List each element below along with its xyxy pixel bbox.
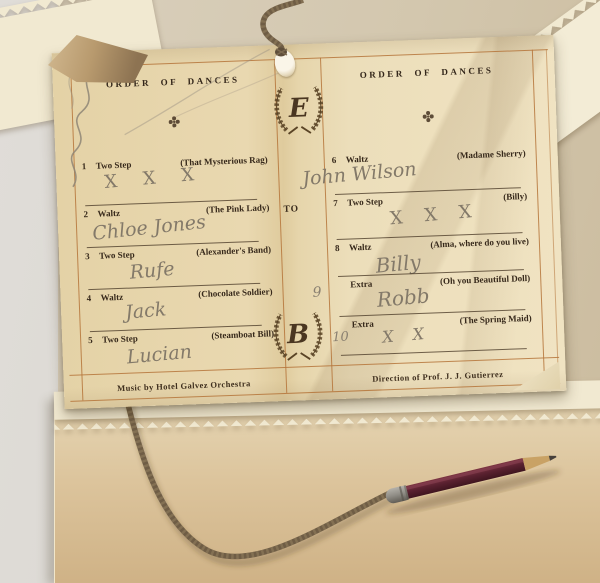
pencil-margin-note: 9 <box>312 285 322 301</box>
entry-number: 2 <box>83 209 97 220</box>
floral-ornament-icon <box>421 109 436 124</box>
entry-number: 8 <box>335 243 349 254</box>
entry-song-title: (Alexander's Band) <box>196 244 271 257</box>
to-label: TO <box>283 204 299 215</box>
entry-dance-name: Waltz <box>97 208 120 219</box>
entry-song-title: (Alma, where do you live) <box>430 236 529 250</box>
handwritten-name: Rufe <box>129 258 176 284</box>
card-right-page: ORDER OF DANCES 6 Waltz (Madame Sherry) … <box>320 50 543 366</box>
entry-number: 4 <box>86 293 100 304</box>
entry-dance-name: Two Step <box>347 196 383 207</box>
entry-number: 3 <box>85 251 99 262</box>
entry-song-title: (The Spring Maid) <box>460 313 532 326</box>
handwritten-name: Jack <box>124 298 167 324</box>
entry-dance-name: Two Step <box>102 333 138 344</box>
dance-entry: 1 Two Step (That Mysterious Rag) X X X <box>74 154 279 203</box>
entry-song-title: (Oh you Beautiful Doll) <box>440 273 531 286</box>
handwritten-name: Robb <box>376 283 431 312</box>
entry-number: 1 <box>82 161 96 172</box>
entry-number <box>336 288 350 289</box>
handwritten-name: John Wilson <box>302 158 418 190</box>
pencil-margin-note: 10 <box>332 330 349 346</box>
card-left-page: ORDER OF DANCES 1 Two Step (That Mysteri… <box>70 59 285 374</box>
laurel-wreath-icon: B <box>269 299 327 367</box>
floral-ornament-icon <box>167 115 182 130</box>
photo-scene: ORDER OF DANCES 1 Two Step (That Mysteri… <box>0 0 600 583</box>
entry-number: 5 <box>88 335 102 346</box>
entry-song-title: (Steamboat Bill) <box>211 328 274 340</box>
laurel-wreath-icon: E <box>270 73 328 141</box>
entry-song-title: (Madame Sherry) <box>457 148 526 161</box>
dance-entry: 5 Two Step (Steamboat Bill) Lucian <box>80 328 285 377</box>
entry-song-title: (Chocolate Soldier) <box>198 286 273 299</box>
entry-number <box>338 327 352 328</box>
entry-song-title: (Billy) <box>503 191 527 202</box>
entry-number: 7 <box>333 198 347 209</box>
entry-dance-name: Waltz <box>100 292 123 303</box>
monogram-letter: B <box>286 318 310 350</box>
handwritten-name: Lucian <box>126 341 193 369</box>
entry-dance-name: Extra <box>352 319 374 330</box>
monogram-letter: E <box>287 92 310 124</box>
dance-card: ORDER OF DANCES 1 Two Step (That Mysteri… <box>52 35 567 409</box>
entry-dance-name: Extra <box>350 279 372 290</box>
entry-song-title: (The Pink Lady) <box>206 202 270 214</box>
page-title: ORDER OF DANCES <box>320 64 532 82</box>
entry-dance-name: Two Step <box>99 249 135 260</box>
handwritten-name: X X <box>381 323 431 346</box>
entry-dance-name: Waltz <box>349 242 372 253</box>
